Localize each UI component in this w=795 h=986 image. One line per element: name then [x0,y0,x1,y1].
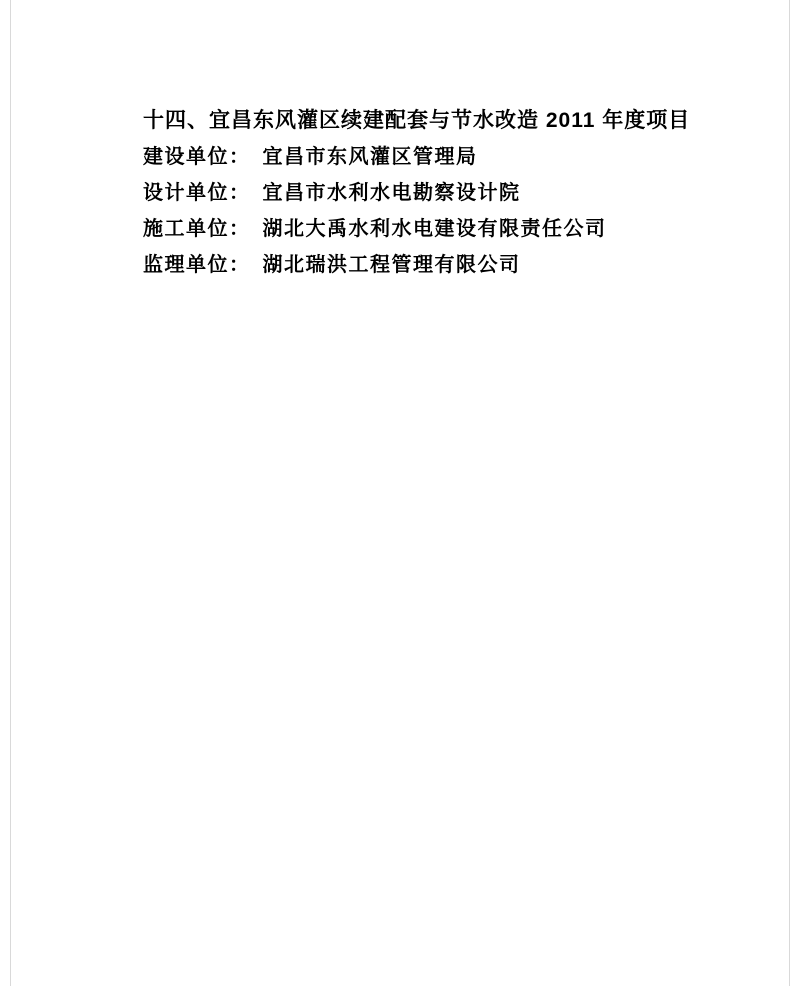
page-left-edge-line [10,0,11,986]
info-line-design-unit: 设计单位：宜昌市水利水电勘察设计院 [143,175,703,211]
document-content: 十四、宜昌东风灌区续建配套与节水改造 2011 年度项目 建设单位：宜昌市东风灌… [143,103,703,283]
design-unit-label: 设计单位： [143,175,251,211]
section-title: 十四、宜昌东风灌区续建配套与节水改造 2011 年度项目 [143,103,703,139]
info-line-builder-unit: 施工单位：湖北大禹水利水电建设有限责任公司 [143,211,703,247]
builder-unit-value: 湖北大禹水利水电建设有限责任公司 [263,211,607,247]
construction-unit-value: 宜昌市东风灌区管理局 [263,139,478,175]
info-line-construction-unit: 建设单位：宜昌市东风灌区管理局 [143,139,703,175]
supervision-unit-label: 监理单位： [143,247,251,283]
builder-unit-label: 施工单位： [143,211,251,247]
document-page: 十四、宜昌东风灌区续建配套与节水改造 2011 年度项目 建设单位：宜昌市东风灌… [0,0,795,986]
info-line-supervision-unit: 监理单位：湖北瑞洪工程管理有限公司 [143,247,703,283]
supervision-unit-value: 湖北瑞洪工程管理有限公司 [263,247,521,283]
page-right-edge-line [789,0,790,986]
design-unit-value: 宜昌市水利水电勘察设计院 [263,175,521,211]
construction-unit-label: 建设单位： [143,139,251,175]
